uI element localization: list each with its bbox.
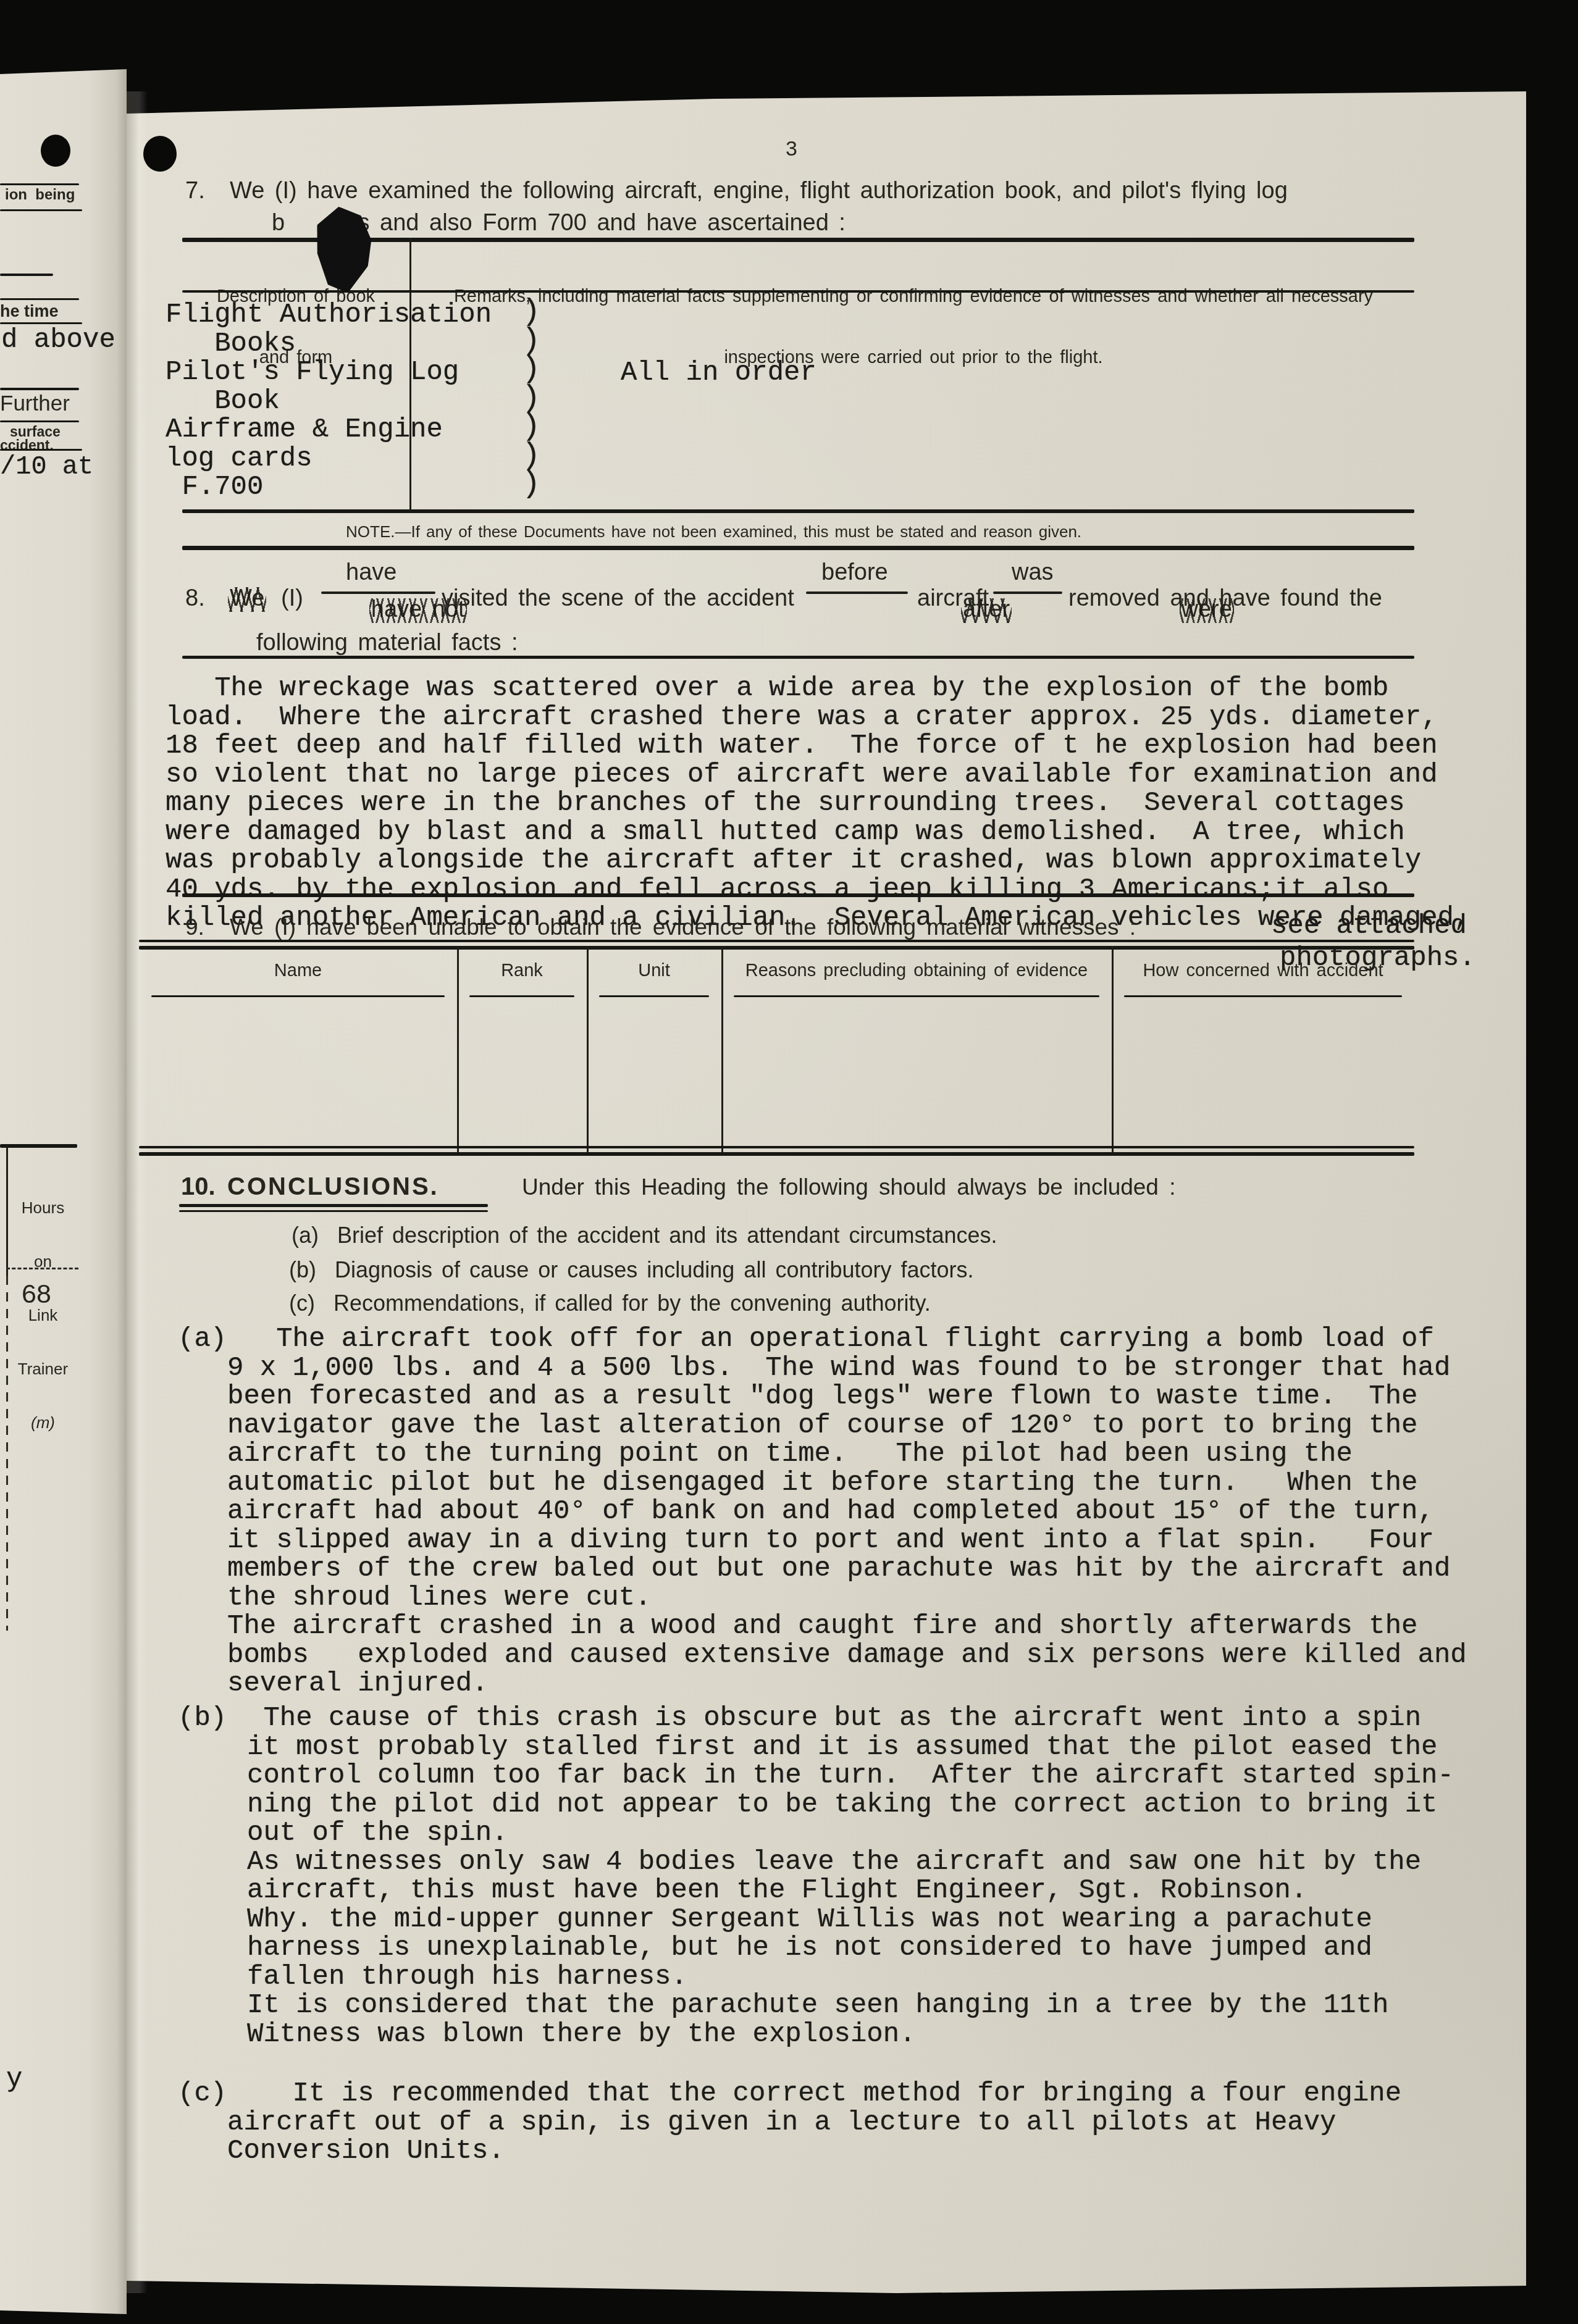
typed-line: The aircraft took off for an operational… [227, 1325, 1467, 1354]
item8-see-attached: see attached [1271, 912, 1467, 941]
typed-line: automatic pilot but he disengaged it bef… [227, 1469, 1467, 1498]
strip-dashed-rule [6, 1268, 78, 1269]
typed-line: aircraft to the turning point on time. T… [227, 1440, 1467, 1469]
item10-heading: CONCLUSIONS. [227, 1173, 439, 1201]
item10-sub-c: (c) Recommendations, if called for by th… [289, 1290, 931, 1316]
typed-line: were damaged by blast and a small hutted… [166, 818, 1470, 847]
link-trainer-line: (m) [7, 1414, 78, 1432]
table1-header-rule [182, 290, 1414, 293]
item7-line1: We (I) have examined the following aircr… [230, 178, 1288, 204]
item8-number: 8. [185, 585, 205, 612]
item8-rule [182, 656, 1414, 659]
table1-note: NOTE.—If any of these Documents have not… [346, 522, 1081, 541]
typed-line: Why. the mid-upper gunner Sergeant Willi… [247, 1905, 1454, 1934]
typed-line: ) [522, 470, 540, 499]
typed-line: log cards [166, 445, 492, 474]
table2-bottom-rule-2 [139, 1152, 1414, 1156]
typed-line: aircraft, this must have been the Flight… [247, 1876, 1454, 1905]
table2-bottom-rule-1 [139, 1146, 1414, 1148]
punch-hole [41, 135, 70, 167]
typed-line: Flight Authorisation [166, 301, 492, 330]
typed-line: many pieces were in the branches of the … [166, 789, 1470, 818]
section-divider-rule [182, 546, 1414, 550]
typed-line: ) [522, 413, 540, 442]
item8-was: was [1012, 559, 1054, 586]
table1-bottom-rule [182, 509, 1414, 513]
scanned-accident-report-page: ion being he time d above Further surfac… [0, 0, 1578, 2324]
item10-sub-a: (a) Brief description of the accident an… [292, 1223, 997, 1248]
typed-line: 9 x 1,000 lbs. and 4 a 500 lbs. The wind… [227, 1354, 1467, 1383]
conclusion-c-label: (c) [178, 2079, 227, 2109]
page-fold-crease [127, 91, 148, 2293]
strip-rule [0, 298, 79, 300]
typed-line: aircraft out of a spin, is given in a le… [227, 2109, 1401, 2138]
table1-col2-header: Remarks, including material facts supple… [414, 246, 1413, 409]
table2-header-underline [734, 995, 1099, 997]
table2-column-divider [1112, 946, 1114, 1152]
item8-bottom-rule [182, 893, 1414, 897]
typed-line: It is considered that the parachute seen… [247, 1991, 1454, 2020]
page-number: 3 [786, 137, 797, 161]
table2-header-underline [151, 995, 445, 997]
link-trainer-header: Hours on Link Trainer (m) [7, 1163, 78, 1468]
table1-col2-header-line1: Remarks, including material facts supple… [414, 286, 1413, 307]
strip-rule [0, 388, 79, 390]
typed-line: bombs exploded and caused extensive dama… [227, 1641, 1467, 1670]
table2-top-rule-2 [139, 946, 1414, 950]
typed-line: harness is unexplainable, but he is not … [247, 1934, 1454, 1963]
table2-header-underline [1124, 995, 1402, 997]
item8-choice-bar [806, 591, 908, 594]
typed-line: aircraft had about 40° of bank on and ha… [227, 1497, 1467, 1526]
item9-number: 9. [185, 914, 204, 940]
strip-rule [0, 1144, 77, 1148]
typed-line: Book [166, 387, 492, 416]
table2-header-concerned: How concerned with accident [1112, 961, 1414, 981]
typed-line: been forecasted and as a result "dog leg… [227, 1382, 1467, 1411]
strip-fragment-typed: /10 at [0, 453, 93, 482]
typed-line: 18 feet deep and half filled with water.… [166, 732, 1470, 761]
typed-line: was probably alongside the aircraft afte… [166, 846, 1470, 876]
typed-line: several injured. [227, 1670, 1467, 1699]
strip-rule [0, 183, 79, 185]
item8-choice-bar [993, 591, 1062, 594]
typed-line: It is recommended that the correct metho… [227, 2079, 1401, 2109]
conclusion-c-text: It is recommended that the correct metho… [227, 2079, 1401, 2166]
typed-line: Conversion Units. [227, 2137, 1401, 2166]
item8-mid2: aircraft [917, 585, 989, 612]
typed-line: The wreckage was scattered over a wide a… [166, 674, 1470, 703]
item10-sub-b: (b) Diagnosis of cause or causes includi… [289, 1257, 974, 1283]
item8-choice-bar [321, 591, 435, 594]
link-trainer-line: Trainer [7, 1360, 78, 1378]
typed-line: ) [522, 356, 540, 385]
typed-line: it slipped away in a diving turn to port… [227, 1526, 1467, 1555]
typed-line: Books [166, 330, 492, 359]
punch-hole [143, 136, 177, 172]
table1-col2-header-line2: inspections were carried out prior to th… [414, 348, 1413, 368]
table1-brace-column: ))))))) [522, 298, 540, 499]
strip-fragment: ccident. [0, 437, 54, 454]
strip-fragment: Further [0, 391, 70, 416]
item7-number: 7. [185, 178, 205, 204]
item10-underline-2 [179, 1210, 488, 1212]
typed-line: fallen through his harness. [247, 1963, 1454, 1992]
table2-header-underline [599, 995, 709, 997]
table2-header-reasons: Reasons precluding obtaining of evidence [721, 961, 1112, 981]
typed-line: As witnesses only saw 4 bodies leave the… [247, 1848, 1454, 1877]
typed-line: Airframe & Engine [166, 416, 492, 445]
typed-line: navigator gave the last alteration of co… [227, 1411, 1467, 1440]
item10-number: 10. [181, 1173, 216, 1201]
item10-underline-1 [179, 1204, 488, 1207]
strip-fragment: ion being [5, 186, 75, 204]
item8-mid1: visited the scene of the accident [442, 585, 794, 612]
table2-header-rank: Rank [457, 961, 587, 981]
strip-rule [0, 449, 82, 451]
typed-line: so violent that no large pieces of aircr… [166, 761, 1470, 790]
typed-line: 40 yds. by the explosion and fell across… [166, 876, 1470, 905]
strip-rule [0, 420, 79, 422]
table1-remark: All in order [621, 359, 816, 388]
conclusion-b-label: (b) [178, 1704, 227, 1733]
typed-line: load. Where the aircraft crashed there w… [166, 703, 1470, 732]
item8-we-struck: We [230, 585, 264, 612]
strip-fragment: he time [0, 302, 59, 321]
item8-mid3: removed and have found the [1068, 585, 1382, 612]
typed-line: the shroud lines were cut. [227, 1584, 1467, 1613]
typed-line: it most probably stalled first and it is… [247, 1733, 1454, 1762]
typed-line: Pilot's Flying Log [166, 358, 492, 387]
item9-text: We (I) have been unable to obtain the ev… [230, 914, 1136, 940]
item8-before: before [821, 559, 888, 586]
table2-top-rule-1 [139, 940, 1414, 942]
conclusion-b-text: The cause of this crash is obscure but a… [247, 1704, 1454, 2049]
item8-i: (I) [281, 585, 303, 612]
strip-fragment-typed: y [6, 2065, 22, 2094]
table1-book-list: Flight Authorisation BooksPilot's Flying… [166, 301, 492, 502]
table2-column-divider [457, 946, 459, 1152]
strip-rule [0, 274, 53, 276]
table2-header-underline [469, 995, 574, 997]
table2-header-unit: Unit [587, 961, 721, 981]
typed-line: control column too far back in the turn.… [247, 1762, 1454, 1791]
typed-line: F.700 [166, 473, 492, 502]
table2-column-divider [587, 946, 589, 1152]
typed-line: ning the pilot did not appear to be taki… [247, 1791, 1454, 1820]
strip-rule [0, 322, 82, 324]
typed-line: members of the crew baled out but one pa… [227, 1555, 1467, 1584]
item8-line2: following material facts : [256, 630, 518, 656]
table2-column-divider [721, 946, 723, 1152]
item10-intro: Under this Heading the following should … [522, 1174, 1176, 1200]
conclusion-a-text: The aircraft took off for an operational… [227, 1325, 1467, 1699]
table2-header-name: Name [139, 961, 457, 981]
typed-line: ) [522, 298, 540, 327]
link-trainer-line: Hours [7, 1199, 78, 1217]
strip-rule [0, 209, 82, 211]
typed-line: out of the spin. [247, 1819, 1454, 1848]
typed-line: Witness was blown there by the explosion… [247, 2020, 1454, 2049]
typed-line: The aircraft crashed in a wood and caugh… [227, 1612, 1467, 1641]
conclusion-a-label: (a) [178, 1325, 227, 1354]
typed-line: The cause of this crash is obscure but a… [247, 1704, 1454, 1733]
item8-have: have [346, 559, 397, 586]
strip-fragment-typed: d above [1, 326, 115, 355]
link-trainer-value: 68 [22, 1279, 51, 1310]
